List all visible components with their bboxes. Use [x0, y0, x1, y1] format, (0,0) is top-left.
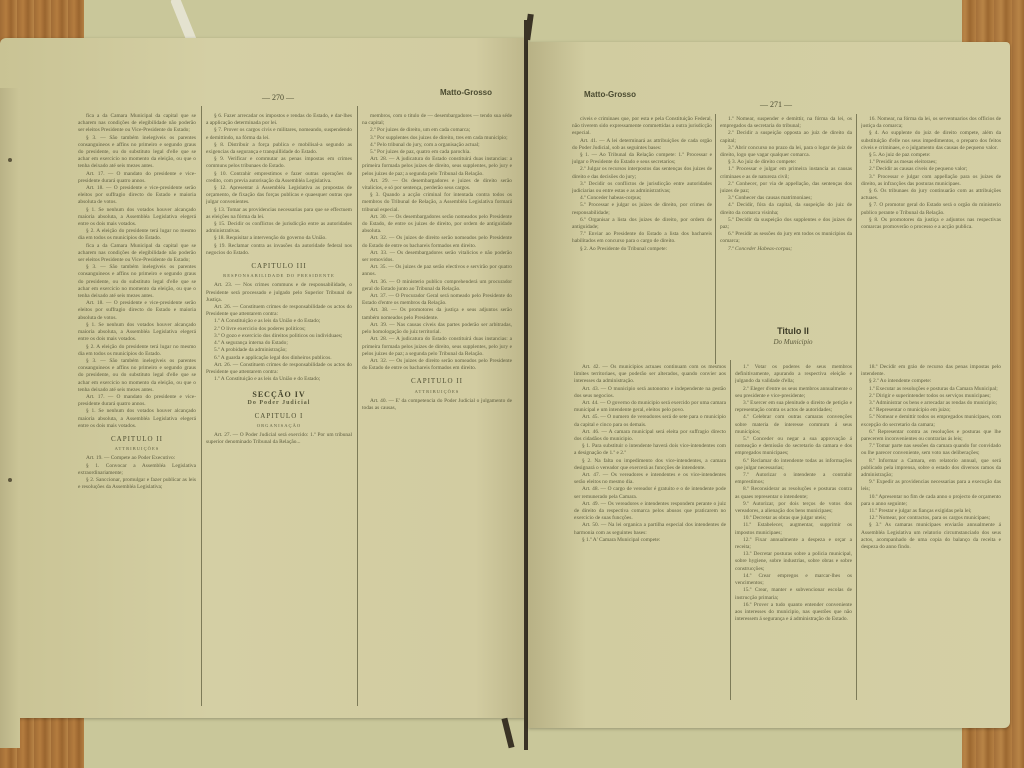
- paragraph: § 7. Prover os cargos civis e militares,…: [206, 127, 352, 141]
- page-curl: [0, 88, 20, 748]
- paragraph: Art. 27. — O Poder Judicial será exercid…: [206, 432, 352, 446]
- paragraph: 5.º Conceder ou negar a sua approvação á…: [735, 436, 852, 458]
- paragraph: § 1.º A' Camara Municipal compete:: [574, 537, 726, 544]
- paragraph: 6.º Reclamar do intendente todas as info…: [735, 458, 852, 472]
- paragraph: Art. 23. — Nos crimes communs e de respo…: [206, 282, 352, 304]
- paragraph: Art. 45. — O numero de vereadores será d…: [574, 414, 726, 428]
- paragraph: fica a da Camara Municipal da capital qu…: [78, 113, 196, 135]
- paragraph: 2.º Conhecer, por via de appellação, das…: [720, 181, 852, 195]
- paragraph: 2.º Eleger d'entre os seus membros annua…: [735, 386, 852, 400]
- paragraph: 5.º Decidir da suspeição dos supplentes …: [720, 217, 852, 231]
- section-heading: SECÇÃO IV: [206, 391, 352, 398]
- paragraph: 2.º Julgar os recursos interpostos das s…: [572, 166, 712, 180]
- paragraph: § 8. Os promotores da justiça e adjuntos…: [861, 217, 1001, 231]
- paragraph: § 4. Ao supplente do juiz de direito com…: [861, 130, 1001, 152]
- paragraph: § 1. Se nenhum dos votados houver alcanç…: [78, 207, 196, 229]
- paragraph: 3.º O gozo e exercicio dos direitos poli…: [206, 333, 352, 340]
- paragraph: 4.º Pelo tribunal do jury, com a organis…: [362, 142, 512, 149]
- paragraph: 3.º Por supplentes dos juizes de direito…: [362, 135, 512, 142]
- paragraph: § 3. Quando a acção criminal for intenta…: [362, 192, 512, 214]
- paragraph: 11.º Estabelecer, augmentar, supprimir o…: [735, 522, 852, 536]
- chapter-heading: CAPITULO II: [78, 436, 196, 443]
- paragraph: Art. 18. — O presidente e vice-president…: [78, 185, 196, 207]
- paragraph: 1.º A Constituição e as leis da União e …: [206, 376, 352, 383]
- paragraph: 16.º Prover a tudo quanto entender conve…: [735, 602, 852, 624]
- paragraph: § 3. — São também inelegiveis os parente…: [78, 358, 196, 394]
- paragraph: fica a da Camara Municipal da capital qu…: [78, 243, 196, 265]
- text-column-2: § 6. Fazer arrecadar os impostos e renda…: [206, 113, 352, 713]
- paragraph: Art. 32. — Os juizes de direito serão no…: [362, 358, 512, 372]
- paragraph: § 15. Decidir os conflictos de jurisdicç…: [206, 221, 352, 235]
- paragraph: 15.º Crear, manter e subvencionar escola…: [735, 587, 852, 601]
- lower-text-column-3: 18.º Decidir em gráo de recurso das pena…: [861, 364, 1001, 704]
- paragraph: 1.º A Constituição e as leis da União e …: [206, 318, 352, 325]
- chapter-subheading: ORGANISAÇÃO: [206, 422, 352, 429]
- paragraph: 1.º Executar as resoluções e posturas da…: [861, 386, 1001, 393]
- paragraph: 16. Nomear, na fórma da lei, os serventu…: [861, 116, 1001, 130]
- paragraph: Art. 28. — A judicatura do Estado consti…: [362, 156, 512, 178]
- paragraph: civeis e criminaes que, por esta e pela …: [572, 116, 712, 138]
- paragraph: § 1. — Ao Tribunal da Relação compete: 1…: [572, 152, 712, 166]
- paragraph: § 19. Reclamar contra as invasões da aut…: [206, 243, 352, 257]
- paragraph: § 12. Apresentar á Assembléa Legislativa…: [206, 185, 352, 207]
- paragraph: 1.º Nomear, suspender e demittir, na fór…: [720, 116, 852, 130]
- paragraph: 2.º O livre exercicio dos poderes politi…: [206, 326, 352, 333]
- paragraph: 9.º Expedir as providencias necessarias …: [861, 479, 1001, 493]
- paragraph: Art. 36. — O ministerio publico comprehe…: [362, 279, 512, 293]
- chapter-subheading: ATTRIBUIÇÕES: [78, 445, 196, 452]
- paragraph: 5.º A probidade da administração;: [206, 347, 352, 354]
- paragraph: Art. 35. — Os juizes de paz serão electi…: [362, 264, 512, 278]
- paragraph: 2.º Decidir as causas civeis de pequeno …: [861, 166, 1001, 173]
- paragraph: 7.º Tomar parte nas sessões da camara qu…: [861, 443, 1001, 457]
- paragraph: Art. 38. — Os promotores da justiça e se…: [362, 307, 512, 321]
- paragraph: § 1. Se nenhum dos votados houver alcanç…: [78, 322, 196, 344]
- paragraph: 12.º Fixar annualmente a despeza e orçar…: [735, 537, 852, 551]
- paragraph: § 2. A eleição do presidente terá lugar …: [78, 344, 196, 358]
- column-rule: [856, 360, 857, 700]
- paragraph: 4.º A segurança interna do Estado;: [206, 340, 352, 347]
- paragraph: Art. 41. — A lei determinará as attribui…: [572, 138, 712, 152]
- text-column-3: membros, com o titulo de — desembargador…: [362, 113, 512, 713]
- lower-text-column-1: Art. 42. — Os municipios actuaes continu…: [574, 364, 726, 704]
- lower-text-column-2: 1.º Votar os poderes de seus membros def…: [735, 364, 852, 704]
- section-subheading: Do Poder Judicial: [206, 400, 352, 407]
- paragraph: 2.º Por juizes de direito, um em cada co…: [362, 127, 512, 134]
- paragraph: Art. 33. — Os desembargadores serão vita…: [362, 250, 512, 264]
- paragraph: 4.º Representar o municipio em juizo;: [861, 407, 1001, 414]
- paragraph: Art. 44. — O governo do municipio será e…: [574, 400, 726, 414]
- paragraph: Art. 42. — Os municipios actuaes continu…: [574, 364, 726, 386]
- paragraph: 7.º Conceder Habeas-corpus;: [720, 246, 852, 253]
- paragraph: 4.º Celebrar com outras camaras convençõ…: [735, 414, 852, 436]
- paragraph: Art. 39. — Nas causas civeis das partes …: [362, 322, 512, 336]
- paragraph: 10.º Apresentar no fim de cada anno o pr…: [861, 494, 1001, 508]
- paragraph: 6.º A guarda e applicação legal dos dinh…: [206, 355, 352, 362]
- chapter-heading: CAPITULO II: [362, 378, 512, 385]
- paragraph: 11.º Prestar e julgar as fianças exigida…: [861, 508, 1001, 515]
- title-subheading: Do Municipio: [708, 338, 878, 346]
- paragraph: 5.º Por juizes de paz, quatro em cada pa…: [362, 149, 512, 156]
- paragraph: § 1. Para substituir o intendente haverá…: [574, 443, 726, 457]
- paragraph: § 6. Fazer arrecadar os impostos e renda…: [206, 113, 352, 127]
- binding-hole: [8, 158, 12, 162]
- paragraph: § 3.º As camaras municipaes enviarão ann…: [861, 522, 1001, 551]
- paragraph: 9.º Autorizar, por dois terços de votos …: [735, 501, 852, 515]
- paragraph: § 2. Sanccionar, promulgar e fazer publi…: [78, 477, 196, 491]
- paragraph: Art. 17. — O mandato do presidente e vic…: [78, 171, 196, 185]
- paragraph: 18.º Decidir em gráo de recurso das pena…: [861, 364, 1001, 378]
- paragraph: Art. 18. — O presidente e vice-president…: [78, 300, 196, 322]
- paragraph: 10.º Decretar as obras que julgar uteis;: [735, 515, 852, 522]
- column-rule: [201, 106, 202, 706]
- paragraph: Art. 30. — Os desembargadores serão nome…: [362, 214, 512, 236]
- paragraph: § 1. Convocar a Assembléa Legislativa ex…: [78, 463, 196, 477]
- title-block: Titulo II Do Municipio: [708, 326, 878, 346]
- paragraph: § 2. A eleição do presidente terá lugar …: [78, 228, 196, 242]
- paragraph: § 13. Tomar as providencias necessarias …: [206, 207, 352, 221]
- left-page: — 270 — Matto-Grosso fica a da Camara Mu…: [0, 38, 528, 718]
- column-rule: [730, 360, 731, 700]
- paragraph: 6.º Representar contra as resoluções e p…: [861, 429, 1001, 443]
- paragraph: 12.º Nomear, por contractos, para os car…: [861, 515, 1001, 522]
- paragraph: 7.º Autorizar o intendente a contrahir e…: [735, 472, 852, 486]
- paragraph: § 8. Distribuir a força publica e mobili…: [206, 142, 352, 156]
- paragraph: § 3. — São também inelegiveis os parente…: [78, 264, 196, 300]
- column-rule: [357, 106, 358, 706]
- paragraph: § 5. Ao juiz de paz compete:: [861, 152, 1001, 159]
- paragraph: Art. 26. — Constituem crimes de responsa…: [206, 304, 352, 318]
- paragraph: Art. 48. — O cargo de vereador é gratuit…: [574, 486, 726, 500]
- paragraph: 1.º Presidir as mesas eleitoraes;: [861, 159, 1001, 166]
- paragraph: § 2.º Ao intendente compete:: [861, 378, 1001, 385]
- paragraph: 1.º Processar e julgar em primeira insta…: [720, 166, 852, 180]
- paragraph: Art. 43. — O municipio será autonomo e i…: [574, 386, 726, 400]
- paragraph: § 7. O promotor geral do Estado será o o…: [861, 202, 1001, 216]
- chapter-heading: CAPITULO I: [206, 413, 352, 420]
- paragraph: § 18. Requisitar a intervenção do govern…: [206, 235, 352, 242]
- paragraph: 1.º Votar os poderes de seus membros def…: [735, 364, 852, 386]
- text-column-1: fica a da Camara Municipal da capital qu…: [78, 113, 196, 713]
- paragraph: 4.º Conceder habeas-corpus;: [572, 195, 712, 202]
- chapter-heading: CAPITULO III: [206, 263, 352, 270]
- paragraph: Art. 46. — A camara municipal será eleit…: [574, 429, 726, 443]
- paragraph: 2.º Decidir a suspeição opposta ao juiz …: [720, 130, 852, 144]
- paragraph: Art. 17. — O mandato do presidente e vic…: [78, 394, 196, 408]
- paragraph: Art. 29. — Os desembargadores e juizes d…: [362, 178, 512, 192]
- running-head: Matto-Grosso: [584, 90, 636, 99]
- title-heading: Titulo II: [708, 326, 878, 336]
- paragraph: 5.º Nomear e demittir todos os empregado…: [861, 414, 1001, 428]
- paragraph: Art. 47. — Os vereadores e intendentes e…: [574, 472, 726, 486]
- paragraph: § 3. Ao juiz de direito compete:: [720, 159, 852, 166]
- paragraph: 8.º Reconsiderar as resoluções e postura…: [735, 486, 852, 500]
- paragraph: § 10. Contrahir emprestimos e fazer outr…: [206, 171, 352, 185]
- right-page: Matto-Grosso — 271 — civeis e criminaes …: [528, 42, 1010, 728]
- paragraph: 3.º Administrar os bens e arrecadar as r…: [861, 400, 1001, 407]
- paragraph: Art. 19. — Compete ao Poder Executivo:: [78, 455, 196, 462]
- paragraph: 3.º Decidir os conflictos de jurisdicção…: [572, 181, 712, 195]
- binding-hole: [8, 478, 12, 482]
- upper-text-column-1: civeis e criminaes que, por esta e pela …: [572, 116, 712, 368]
- paragraph: 13.º Decretar posturas sobre a policia m…: [735, 551, 852, 573]
- paragraph: Art. 49. — Os vereadores e intendentes r…: [574, 501, 726, 523]
- paragraph: § 6. Os tribunaes do jury continuarão co…: [861, 188, 1001, 202]
- paragraph: Art. 37. — O Procurador Geral será nomea…: [362, 293, 512, 307]
- page-number: — 271 —: [760, 100, 792, 109]
- paragraph: § 9. Verificar e commutar as penas impos…: [206, 156, 352, 170]
- paragraph: 8.º Informar a Camara, em relatorio annu…: [861, 458, 1001, 480]
- paragraph: 3.º Exercer em sua plenitude o direito d…: [735, 400, 852, 414]
- paragraph: Art. 40. — E' da competencia do Poder Ju…: [362, 398, 512, 412]
- paragraph: § 2. Ao Presidente do Tribunal compete:: [572, 246, 712, 253]
- paragraph: 7.º Enviar ao Presidente do Estado a lis…: [572, 231, 712, 245]
- paragraph: § 1. Se nenhum dos votados houver alcanç…: [78, 408, 196, 430]
- upper-text-column-3: 16. Nomear, na fórma da lei, os serventu…: [861, 116, 1001, 368]
- paragraph: 3.º Processar e julgar com appellação pa…: [861, 174, 1001, 188]
- paragraph: membros, com o titulo de — desembargador…: [362, 113, 512, 127]
- paragraph: 5.º Processar e julgar os juizes de dire…: [572, 202, 712, 216]
- paragraph: 4.º Decidir, fóra da capital, da suspeiç…: [720, 202, 852, 216]
- paragraph: 3.º Abrir concurso no prazo da lei, para…: [720, 145, 852, 159]
- paragraph: Art. 28. — A judicatura do Estado consti…: [362, 336, 512, 358]
- paragraph: Art. 32. — Os juizes de direito serão no…: [362, 235, 512, 249]
- paragraph: Art. 50. — Na lei organica a partilha es…: [574, 522, 726, 536]
- chapter-subheading: ATTRIBUIÇÕES: [362, 388, 512, 395]
- paragraph: § 2. Na falta ou impedimento dos vice-in…: [574, 458, 726, 472]
- paragraph: 6.º Presidir as sessões do jury em todos…: [720, 231, 852, 245]
- paragraph: Art. 26. — Constituem crimes de responsa…: [206, 362, 352, 376]
- paragraph: § 3. — São também inelegiveis os parente…: [78, 135, 196, 171]
- paragraph: 14.º Crear empregos e marcar-lhes os ven…: [735, 573, 852, 587]
- page-number: — 270 —: [262, 93, 294, 102]
- paragraph: 2.º Dirigir e superintender todos os ser…: [861, 393, 1001, 400]
- chapter-subheading: RESPONSABILIDADE DO PRESIDENTE: [206, 272, 352, 279]
- running-head: Matto-Grosso: [440, 88, 492, 97]
- paragraph: 6.º Organisar a lista dos juizes de dire…: [572, 217, 712, 231]
